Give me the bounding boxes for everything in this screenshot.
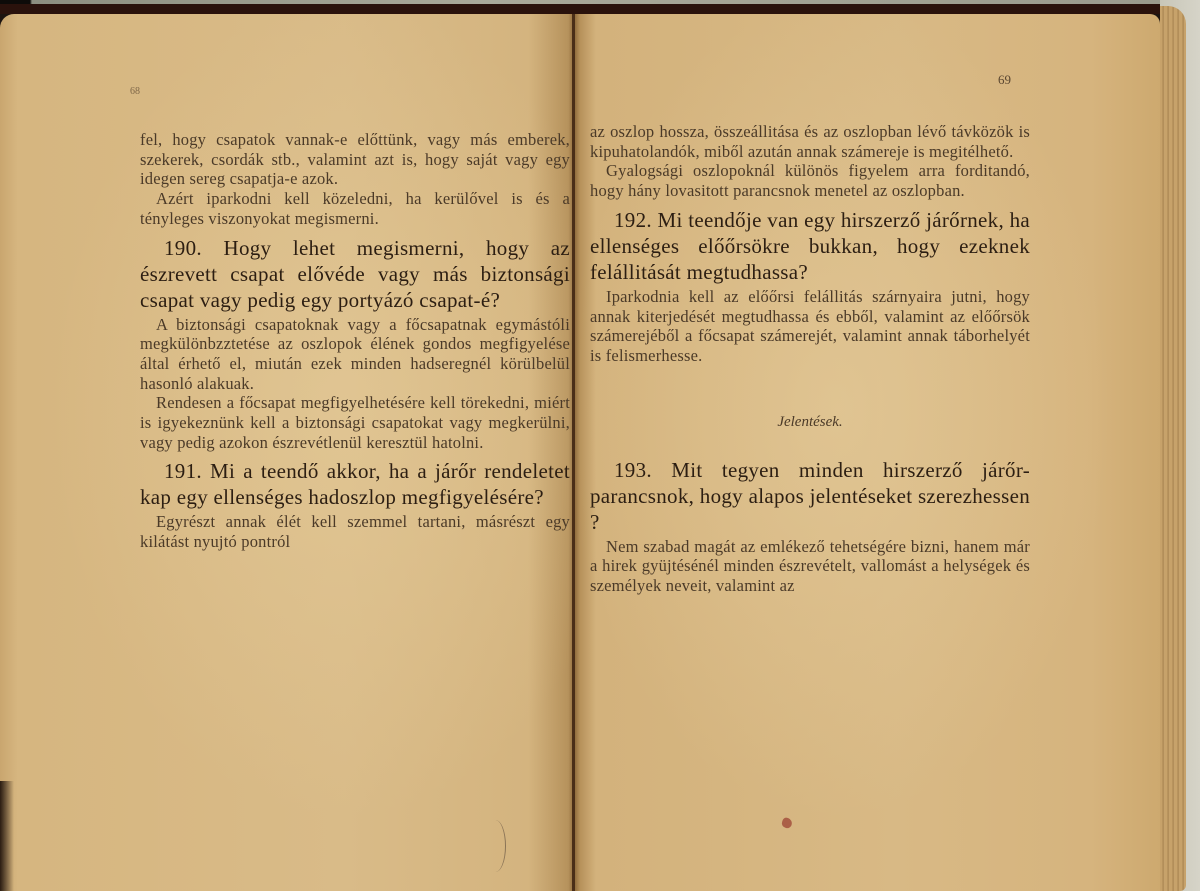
left-page-text: fel, hogy csapatok vannak-e előttünk, va… — [140, 130, 570, 552]
question-heading: 193. Mit tegyen minden hirszerző járőr-p… — [590, 457, 1030, 535]
paragraph: Rendesen a főcsapat megfigyelhetésére ke… — [140, 393, 570, 452]
paragraph: fel, hogy csapatok vannak-e előttünk, va… — [140, 130, 570, 189]
left-page-number: 68 — [130, 86, 140, 97]
question-heading: 190. Hogy lehet megismerni, hogy az észr… — [140, 235, 570, 313]
paragraph: A biztonsági csapatoknak vagy a főcsapat… — [140, 315, 570, 394]
right-page-number: 69 — [998, 72, 1011, 88]
question-heading: 192. Mi teendője van egy hirszerző járőr… — [590, 207, 1030, 285]
section-heading: Jelentések. — [590, 414, 1030, 431]
right-page-text: az oszlop hossza, összeállitása és az os… — [590, 122, 1030, 596]
paragraph: Iparkodnia kell az előőrsi felállitás sz… — [590, 287, 1030, 366]
paragraph: Nem szabad magát az emlékező tehetségére… — [590, 537, 1030, 596]
book-cover-edge — [0, 4, 1200, 14]
paragraph: az oszlop hossza, összeállitása és az os… — [590, 122, 1030, 161]
pencil-mark — [485, 820, 506, 872]
right-page-text-bottom: 193. Mit tegyen minden hirszerző járőr-p… — [590, 457, 1030, 596]
paragraph: Azért iparkodni kell közeledni, ha kerül… — [140, 189, 570, 228]
paragraph: Egyrészt annak élét kell szemmel tartani… — [140, 512, 570, 551]
page-edges — [1160, 6, 1186, 891]
question-heading: 191. Mi a teendő akkor, ha a járőr rende… — [140, 458, 570, 510]
right-page-text-top: az oszlop hossza, összeállitása és az os… — [590, 122, 1030, 366]
paragraph: Gyalogsági oszlopoknál különös figyelem … — [590, 161, 1030, 200]
corner-shadow — [0, 781, 14, 891]
book-spine — [572, 14, 575, 891]
